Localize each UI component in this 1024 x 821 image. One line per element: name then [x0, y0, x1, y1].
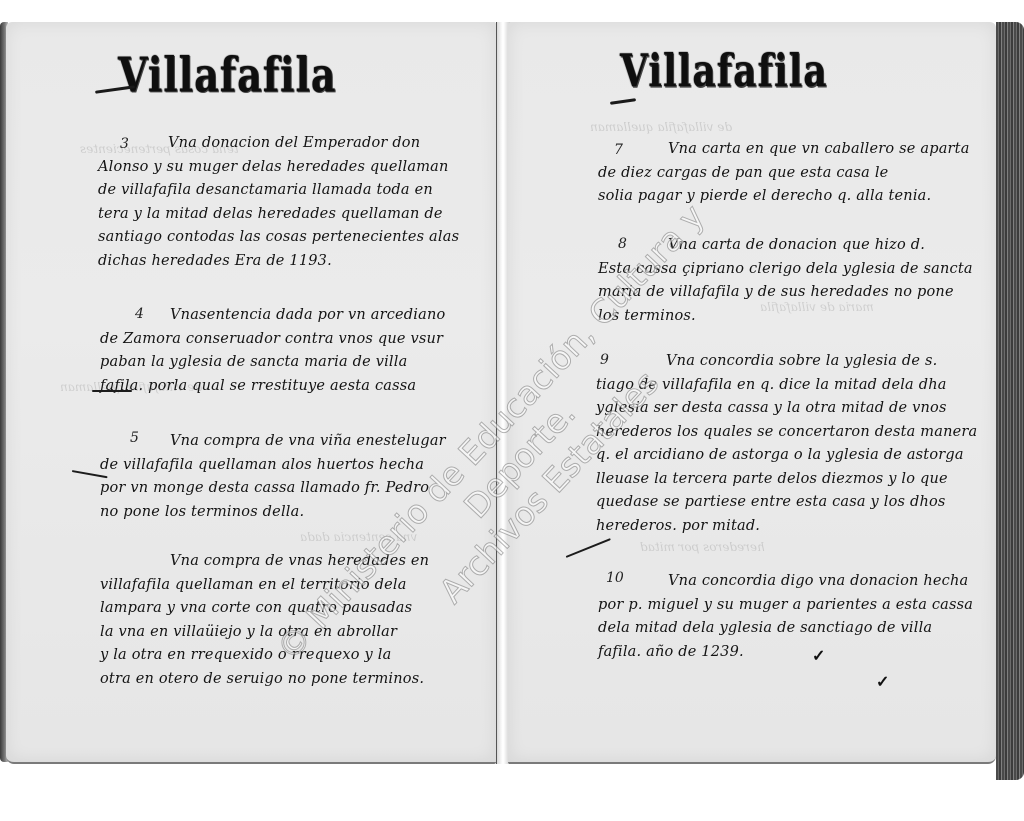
entry-number: 8	[618, 236, 627, 252]
left-entry-3: 3 Vna donacion del Emperador don Alonso …	[98, 132, 459, 273]
entry-line: paban la yglesia de sancta maria de vill…	[100, 351, 445, 375]
entry-line: la vna en villaüiejo y la otra en abroll…	[100, 621, 429, 645]
entry-line: tiago de villafafila en q. dice la mitad…	[596, 374, 977, 398]
bleed-through-text: herederos por mitad	[640, 540, 765, 554]
left-entry-5: 5 Vna compra de vna viña enestelugar de …	[100, 430, 446, 524]
entry-line: villafafila quellaman en el territorio d…	[100, 574, 429, 598]
entry-line: los terminos.	[598, 305, 973, 329]
entry-line: Alonso y su muger delas heredades quella…	[98, 156, 459, 180]
right-page-heading: Villafafila	[620, 45, 828, 98]
entry-line: de Zamora conseruador contra vnos que vs…	[100, 328, 445, 352]
entry-line: Vna compra de vna viña enestelugar	[100, 430, 446, 454]
entry-line: de villafafila quellaman alos huertos he…	[100, 454, 446, 478]
entry-line: de diez cargas de pan que esta casa le	[598, 162, 970, 186]
entry-line: solia pagar y pierde el derecho q. alla …	[598, 185, 970, 209]
manuscript-spread: tena cosas pertenecientes de villafafila…	[0, 0, 1024, 821]
entry-line: por p. miguel y su muger a parientes a e…	[598, 594, 973, 618]
entry-line: santiago contodas las cosas pertenecient…	[98, 226, 459, 250]
entry-line: Vna concordia digo vna donacion hecha	[598, 570, 973, 594]
entry-number: 5	[130, 430, 139, 446]
left-entry-6: Vna compra de vnas heredades en villafaf…	[100, 550, 429, 691]
entry-line: herederos. por mitad.	[596, 515, 977, 539]
right-entry-10: 10 Vna concordia digo vna donacion hecha…	[598, 570, 973, 664]
bleed-through-text: de villafafila quellaman	[590, 120, 732, 134]
entry-line: quedase se partiese entre esta casa y lo…	[596, 491, 977, 515]
entry-number: 3	[120, 136, 129, 152]
entry-line: yglesia ser desta cassa y la otra mitad …	[596, 397, 977, 421]
entry-line: y la otra en rrequexido o rrequexo y la	[100, 644, 429, 668]
entry-line: de villafafila desanctamaria llamada tod…	[98, 179, 459, 203]
entry-line: otra en otero de seruigo no pone termino…	[100, 668, 429, 692]
entry-line: Vna concordia sobre la yglesia de s.	[596, 350, 977, 374]
entry-line: dichas heredades Era de 1193.	[98, 250, 459, 274]
check-mark-icon: ✓	[876, 672, 889, 691]
entry-line: fafila. año de 1239.	[598, 641, 973, 665]
entry-line: Vnasentencia dada por vn arcediano	[100, 304, 445, 328]
entry-line: Esta cassa çipriano clerigo dela yglesia…	[598, 258, 973, 282]
entry-line: fafila. porla qual se rrestituye aesta c…	[100, 375, 445, 399]
entry-line: maria de villafafila y de sus heredades …	[598, 281, 973, 305]
book-fore-edge	[996, 22, 1024, 780]
entry-line: q. el arcidiano de astorga o la yglesia …	[596, 444, 977, 468]
left-page-heading: Villafafila	[118, 46, 337, 102]
entry-line: Vna carta en que vn caballero se aparta	[598, 138, 970, 162]
entry-number: 9	[600, 352, 609, 368]
bleed-through-text: vna sentencia dada	[300, 530, 417, 544]
pen-flourish	[92, 390, 132, 392]
entry-number: 4	[135, 306, 144, 322]
entry-line: por vn monge desta cassa llamado fr. Ped…	[100, 477, 446, 501]
entry-line: Vna compra de vnas heredades en	[100, 550, 429, 574]
entry-number: 7	[614, 142, 623, 158]
left-entry-4: 4 Vnasentencia dada por vn arcediano de …	[100, 304, 445, 398]
entry-line: dela mitad dela yglesia de sanctiago de …	[598, 617, 973, 641]
entry-line: Vna donacion del Emperador don	[98, 132, 459, 156]
right-entry-8: 8 Vna carta de donacion que hizo d. Esta…	[598, 234, 973, 328]
entry-line: herederos los quales se concertaron dest…	[596, 421, 977, 445]
check-mark-icon: ✓	[812, 646, 825, 665]
right-entry-7: 7 Vna carta en que vn caballero se apart…	[598, 138, 970, 209]
right-entry-9: 9 Vna concordia sobre la yglesia de s. t…	[596, 350, 977, 538]
entry-line: lampara y vna corte con quatro pausadas	[100, 597, 429, 621]
entry-number: 10	[606, 570, 624, 586]
entry-line: lleuase la tercera parte delos diezmos y…	[596, 468, 977, 492]
entry-line: tera y la mitad delas heredades quellama…	[98, 203, 459, 227]
entry-line: Vna carta de donacion que hizo d.	[598, 234, 973, 258]
entry-line: no pone los terminos della.	[100, 501, 446, 525]
